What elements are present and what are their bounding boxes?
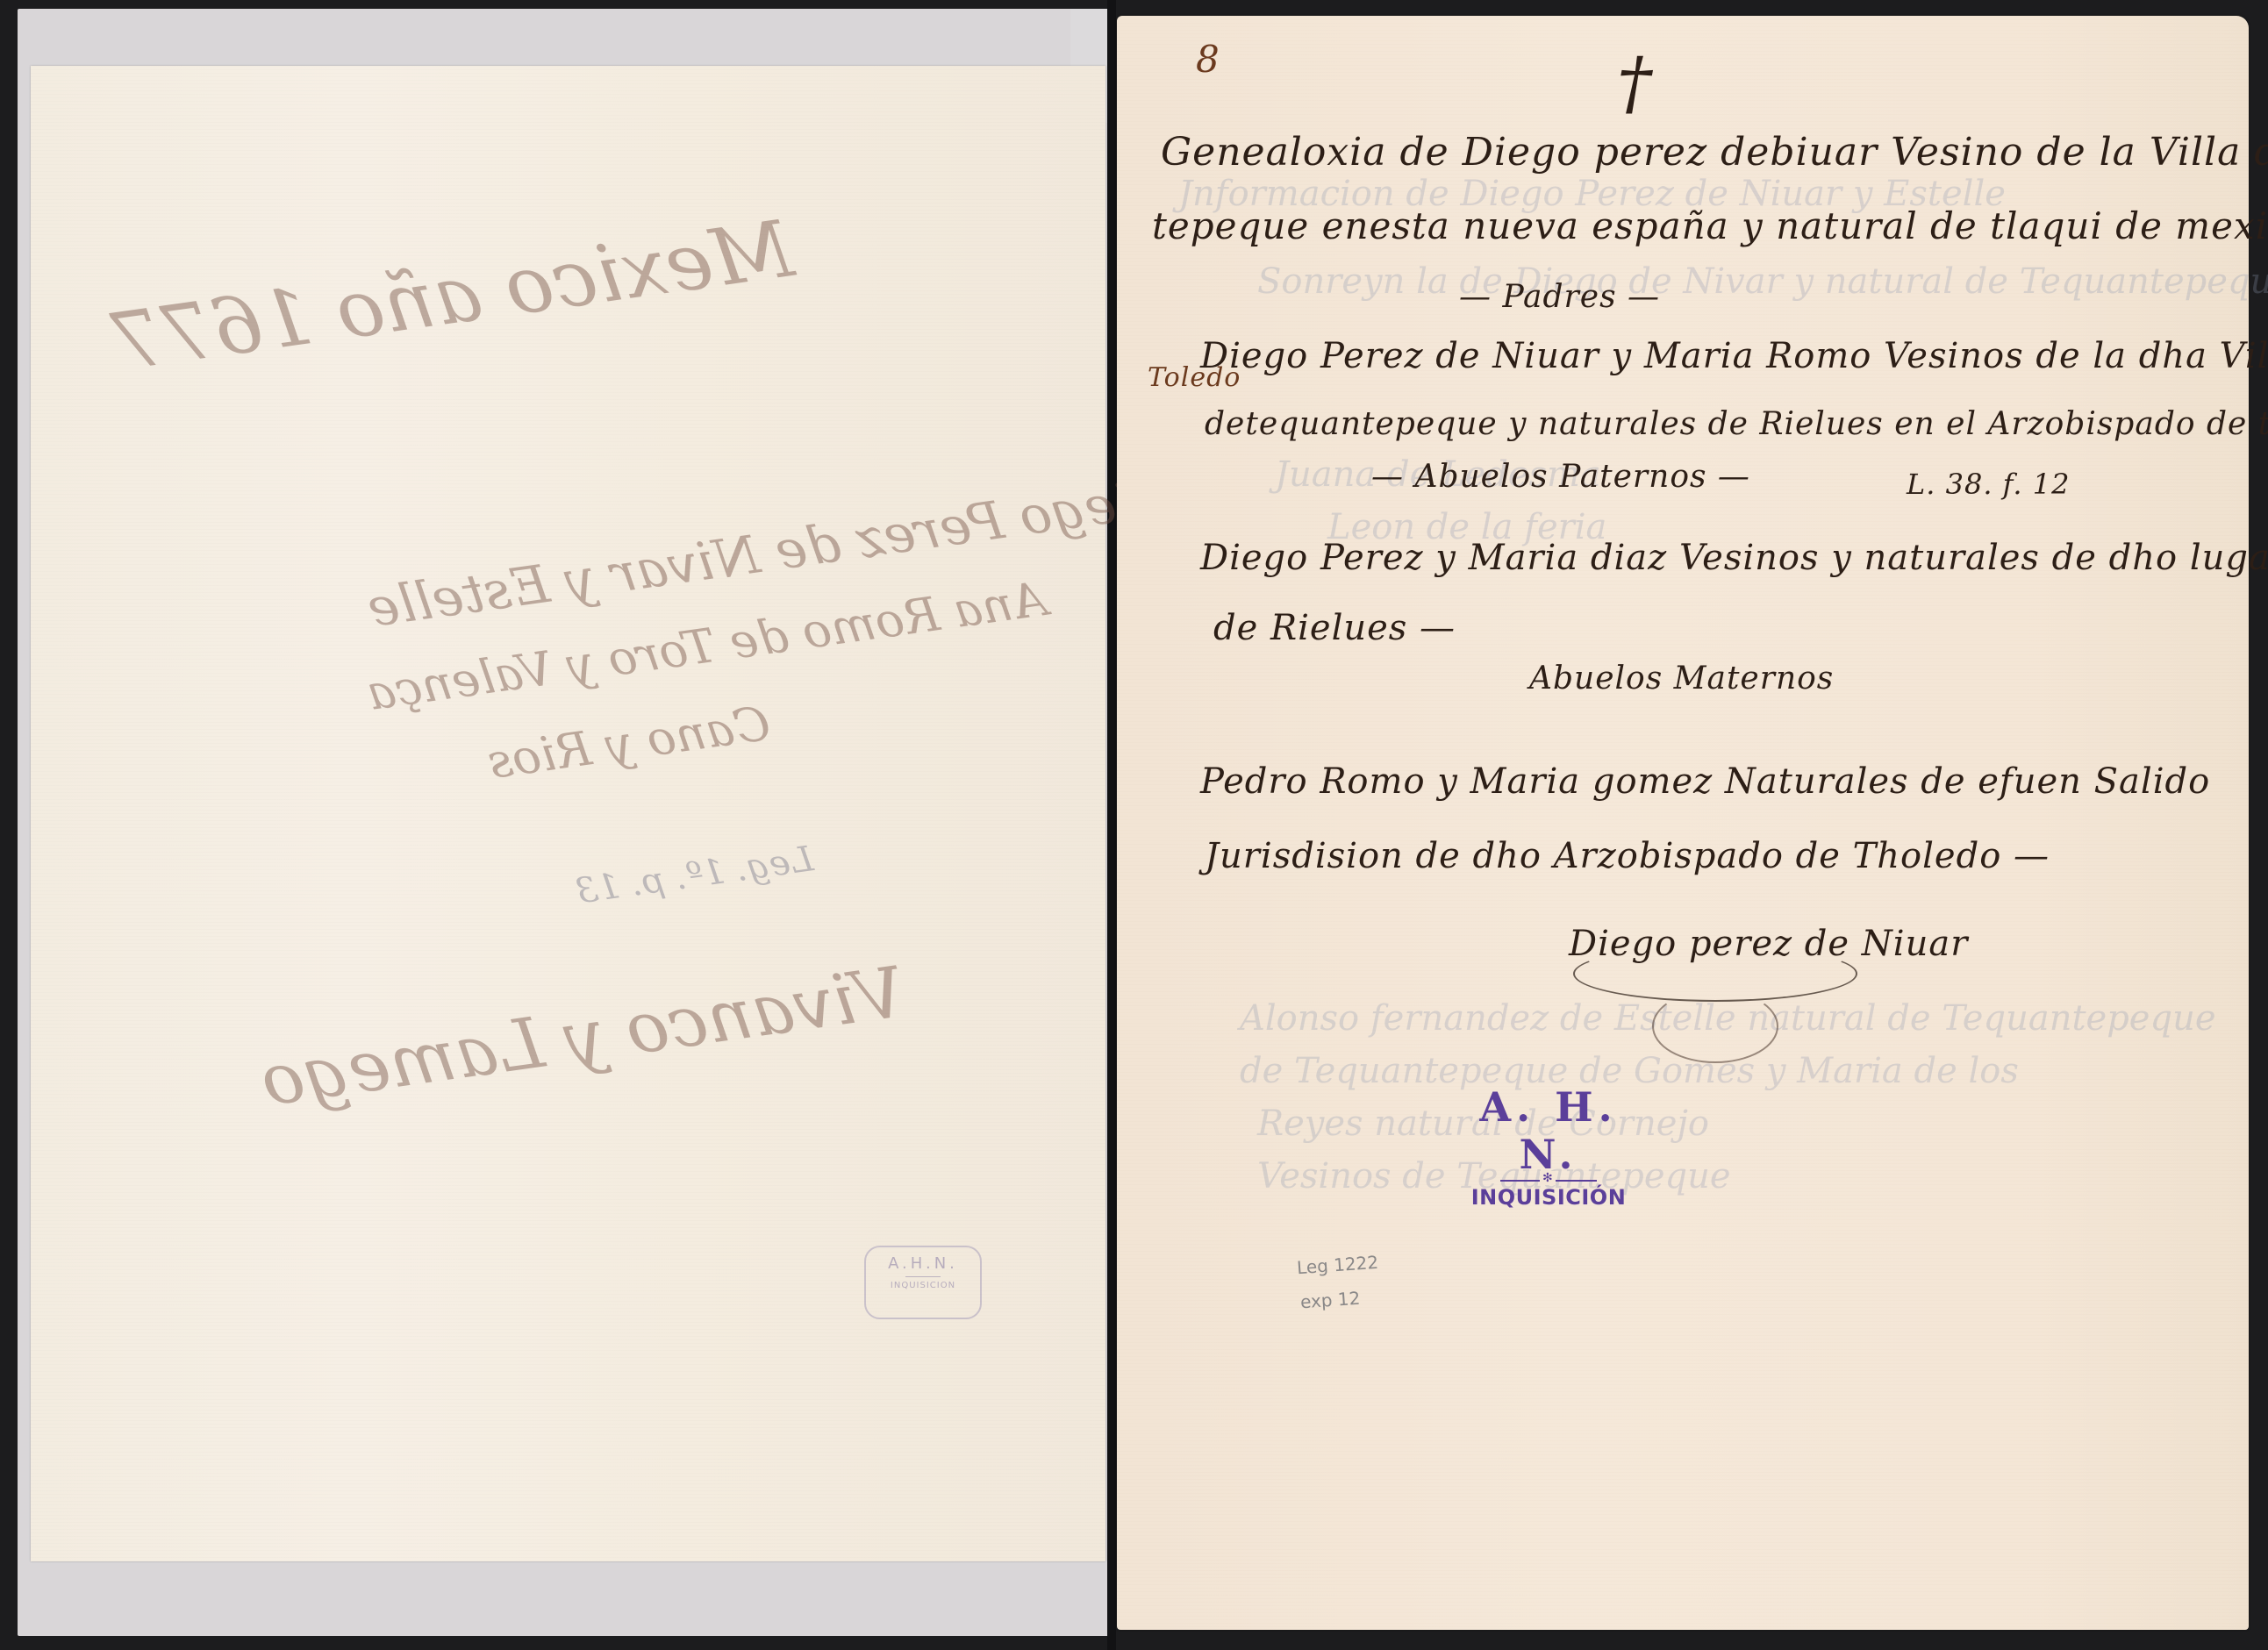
mirrored-line: Cano y Rios bbox=[484, 696, 773, 789]
mirrored-line: Ana Romo de Toro y Valença bbox=[363, 571, 1049, 721]
mirrored-line: Diego Perez de Nivar y Estelle bbox=[364, 466, 1178, 639]
stamp-subtitle: INQUISICIÓN bbox=[1448, 1185, 1649, 1210]
stamp-ornament bbox=[1500, 1180, 1597, 1182]
legajo-reference: L. 38. f. 12 bbox=[1907, 468, 2070, 501]
title-line-2: tepeque enesta nueva españa y natural de… bbox=[1152, 204, 2268, 247]
paternal-grandparents-line-2: de Rielues — bbox=[1213, 608, 1456, 648]
paternal-grandparents-line-1: Diego Perez y Maria diaz Vesinos y natur… bbox=[1200, 538, 2268, 578]
bleed-through-line: Juana de Ledesma bbox=[1275, 454, 1601, 495]
maternal-grandparents-line-2: Jurisdision de dho Arzobispado de Tholed… bbox=[1205, 836, 2050, 876]
signature-flourish bbox=[1573, 946, 1857, 1002]
left-page-verso: Mexico año 1677 Diego Perez de Nivar y E… bbox=[31, 66, 1105, 1561]
section-heading-abuelos-paternos: — Abuelos Paternos — bbox=[1371, 459, 1750, 495]
right-page-recto: Jnformacion de Diego Perez de Niuar y Es… bbox=[1117, 16, 2249, 1630]
signature-flourish-loop bbox=[1652, 989, 1778, 1063]
cross-mark: † bbox=[1617, 42, 1653, 124]
stamp-title: A. H. N. bbox=[1448, 1083, 1649, 1178]
ahn-inquisicion-stamp: A. H. N. INQUISICIÓN bbox=[1448, 1083, 1649, 1210]
bleed-through-line: Leon de la feria bbox=[1327, 507, 1606, 547]
margin-note-toledo: Toledo bbox=[1148, 362, 1241, 393]
title-line-1: Genealoxia de Diego perez debiuar Vesino… bbox=[1161, 130, 2268, 175]
mirrored-signature: Vivanco y Lamego bbox=[256, 951, 910, 1122]
parents-line-1: Diego Perez de Niuar y Maria Romo Vesino… bbox=[1200, 336, 2268, 376]
signature: Diego perez de Niuar bbox=[1569, 924, 1968, 964]
maternal-grandparents-line-1: Pedro Romo y Maria gomez Naturales de ef… bbox=[1200, 761, 2210, 802]
mirrored-heading: Mexico año 1677 bbox=[106, 203, 798, 389]
section-heading-abuelos-maternos: Abuelos Maternos bbox=[1529, 661, 1834, 696]
parents-line-2: detequantepeque y naturales de Rielues e… bbox=[1205, 406, 2268, 442]
faded-archive-stamp: A.H.N. INQUISICION bbox=[864, 1246, 982, 1319]
bleed-through-line: Jnformacion de Diego Perez de Niuar y Es… bbox=[1178, 174, 2006, 214]
mirrored-reference: Leg. 1º. p. 13 bbox=[573, 839, 816, 912]
pencil-expediente-note: exp 12 bbox=[1299, 1288, 1361, 1313]
bleed-through-line: Sonreyn la de Diego de Nivar y natural d… bbox=[1257, 261, 2268, 302]
binding-gutter bbox=[1107, 0, 1116, 1650]
section-heading-padres: — Padres — bbox=[1459, 279, 1660, 315]
bleed-through-line: Alonso fernandez de Estelle natural de T… bbox=[1240, 998, 2216, 1039]
folio-number: 8 bbox=[1196, 38, 1220, 81]
